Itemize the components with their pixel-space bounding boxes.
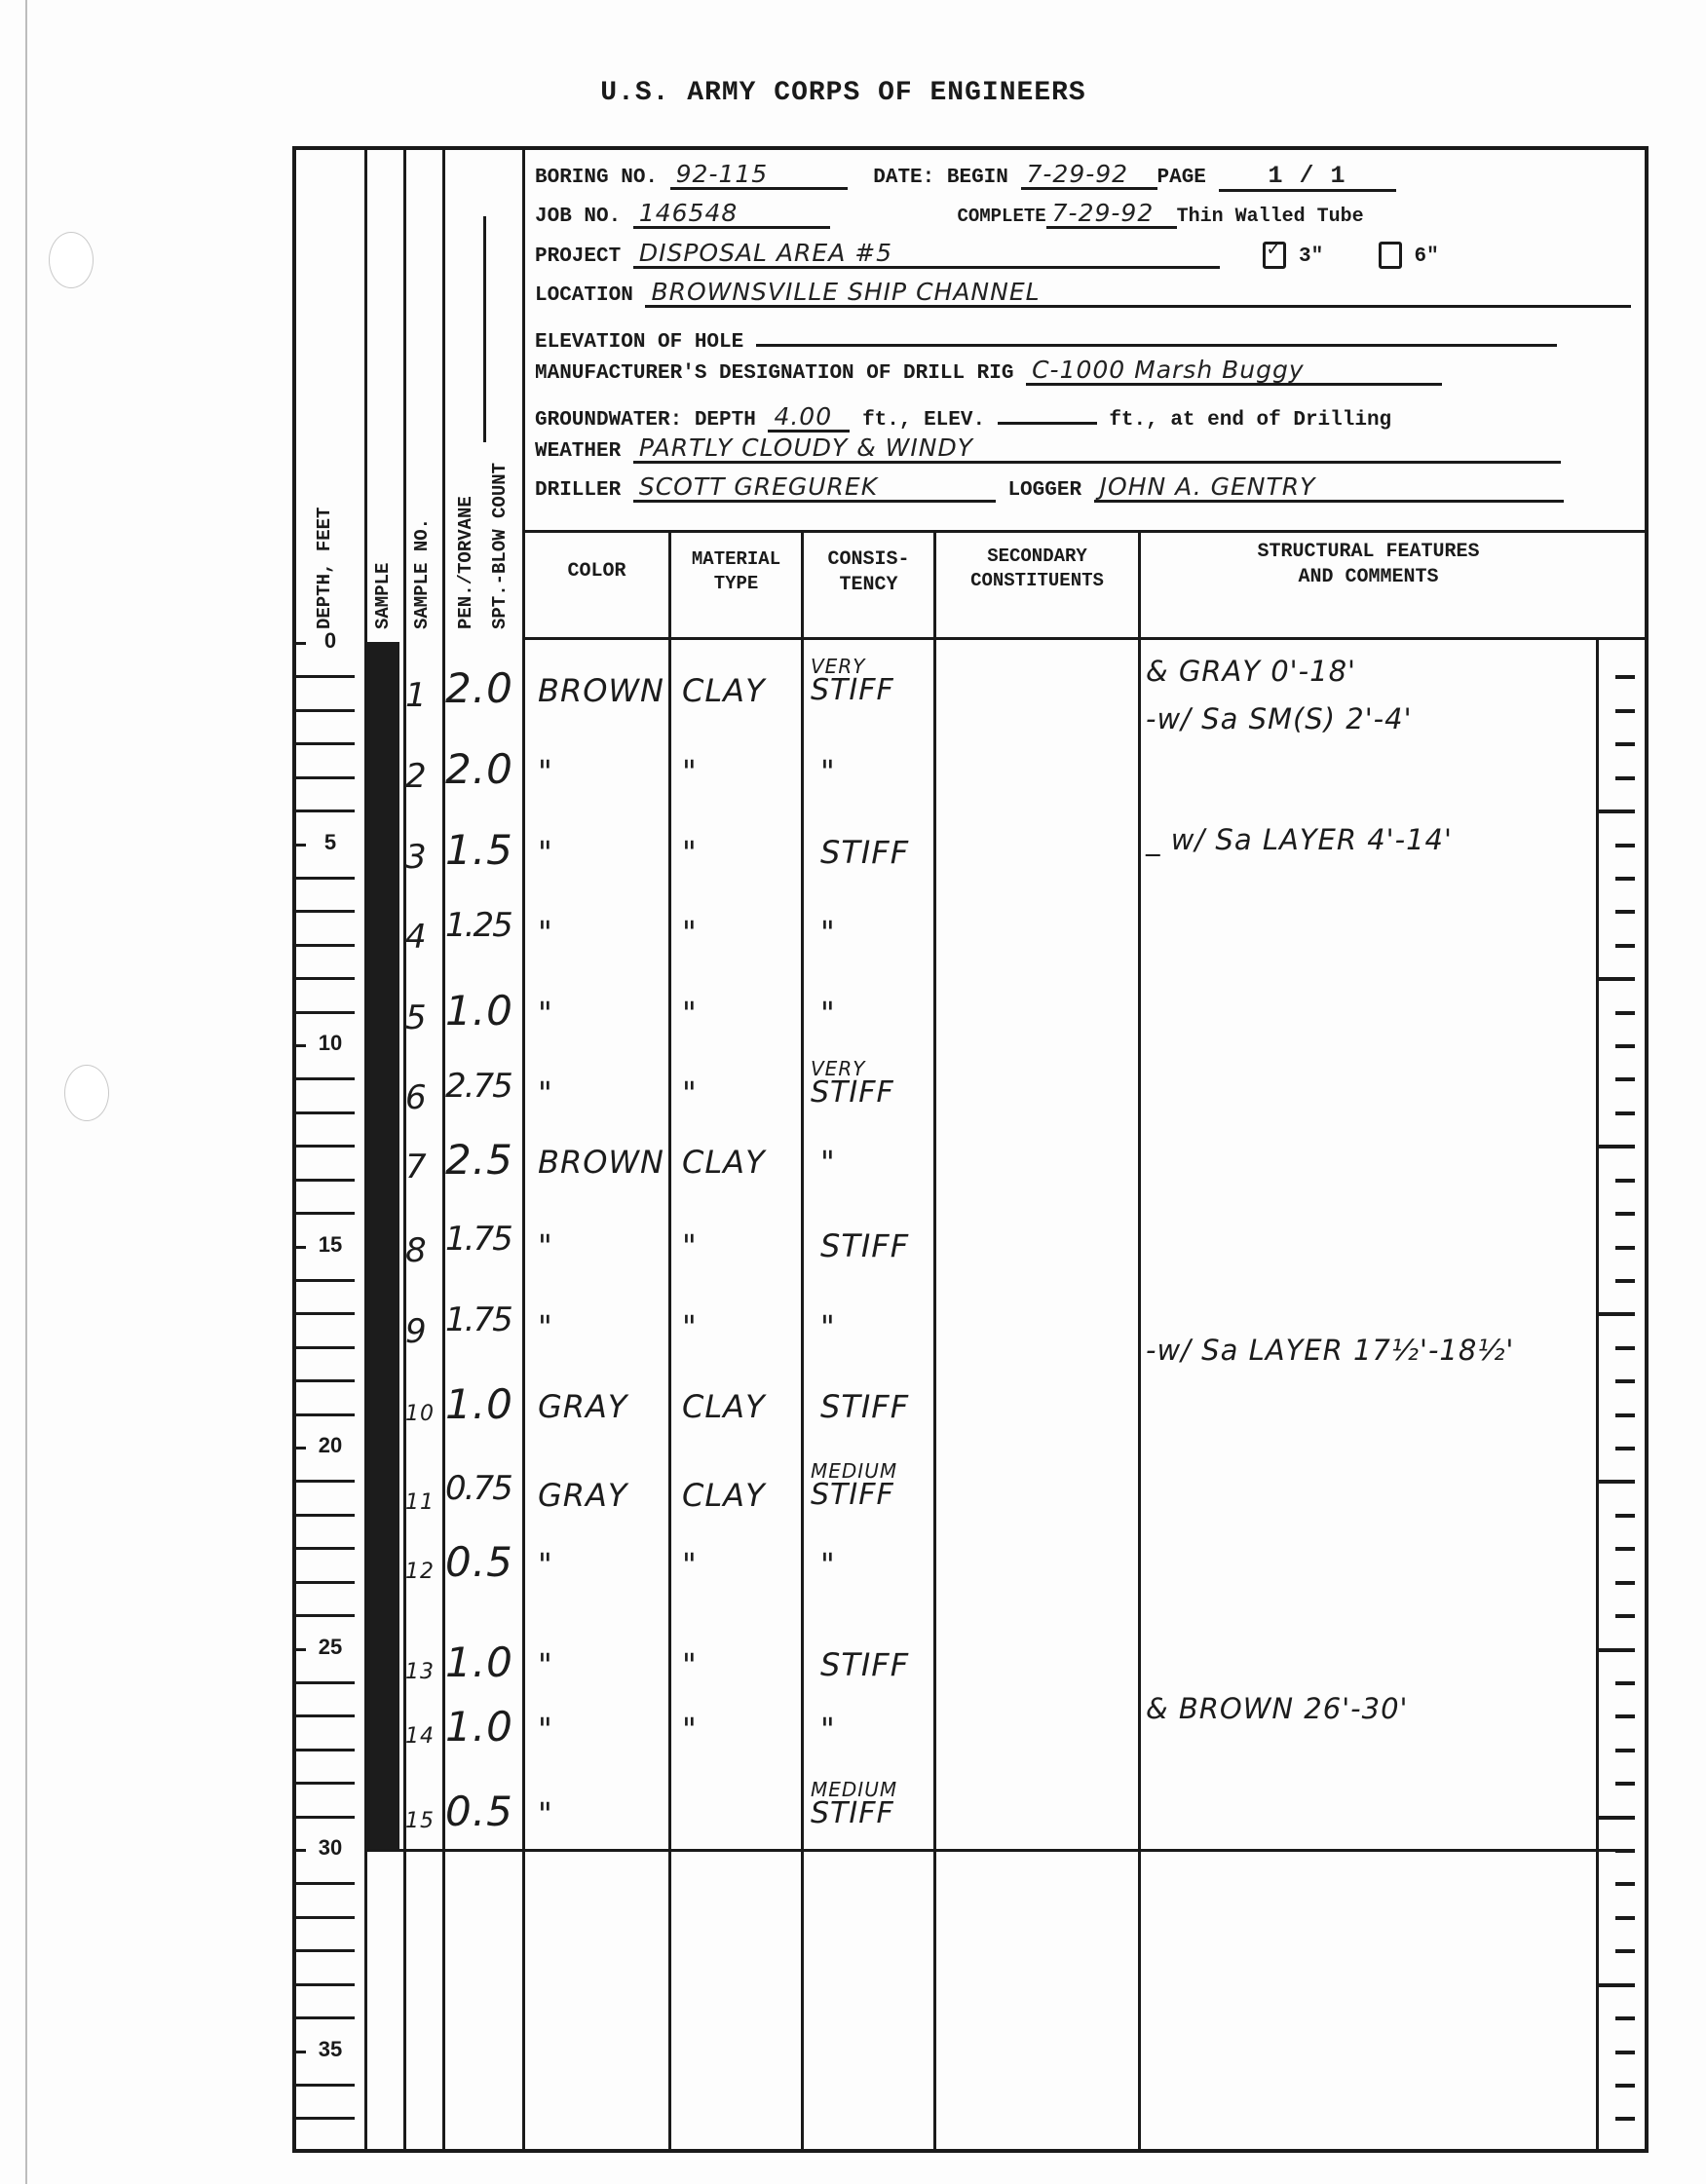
weather-field[interactable]: PARTLY CLOUDY & WINDY (633, 435, 1561, 464)
depth-tick (296, 1312, 355, 1315)
right-depth-tick (1615, 1714, 1635, 1718)
depth-tick (296, 1179, 355, 1182)
weather-row: WEATHER PARTLY CLOUDY & WINDY (535, 435, 1561, 464)
header-divider (522, 530, 1645, 533)
sample-number: 13 (405, 1660, 435, 1684)
sample-number: 9 (405, 1312, 428, 1351)
tube-3in-label: 3" (1299, 245, 1323, 268)
consistency-value: " (820, 1144, 836, 1181)
depth-tick (296, 977, 355, 980)
pen-torvane-value: 1.75 (445, 1220, 512, 1259)
end-of-drilling-label: ft., at end of Drilling (1109, 409, 1391, 432)
depth-tick (296, 2117, 355, 2120)
groundwater-depth-field[interactable]: 4.00 (768, 404, 850, 433)
sample-number: 11 (405, 1490, 435, 1515)
color-value: BROWN (538, 672, 664, 709)
right-depth-tick (1615, 1044, 1635, 1048)
depth-label: 20 (306, 1435, 355, 1456)
right-depth-tick (1615, 1749, 1635, 1752)
sample-number: 2 (405, 757, 428, 796)
depth-tick (296, 1816, 355, 1819)
material-type-value: " (682, 914, 698, 951)
tube-3in-option[interactable]: 3" (1263, 245, 1335, 268)
depth-tick (296, 2016, 355, 2019)
sample-number: 15 (405, 1809, 435, 1833)
consistency-value: " (820, 1308, 836, 1345)
secondary-header-line2: CONSTITUENTS (936, 569, 1138, 593)
right-depth-tick (1615, 944, 1635, 948)
sample-number: 5 (405, 998, 428, 1037)
pen-torvane-value: 1.0 (445, 987, 513, 1035)
groundwater-elev-field[interactable] (998, 396, 1097, 425)
depth-label: 0 (306, 630, 355, 652)
column-divider (801, 530, 804, 2149)
right-depth-tick (1615, 1212, 1635, 1216)
tube-6in-label: 6" (1414, 245, 1438, 268)
drill-rig-field[interactable]: C-1000 Marsh Buggy (1026, 358, 1442, 386)
project-label: PROJECT (535, 245, 621, 268)
punch-hole (64, 1065, 109, 1121)
groundwater-label: GROUNDWATER: DEPTH (535, 409, 756, 432)
scan-page-edge (25, 0, 27, 2184)
right-depth-tick (1615, 844, 1635, 847)
depth-label: 30 (306, 1837, 355, 1859)
right-depth-tick (1615, 1849, 1635, 1853)
depth-tick (296, 910, 355, 913)
sample-number: 7 (405, 1148, 428, 1186)
boring-no-field[interactable]: 92-115 (670, 162, 848, 190)
groundwater-row: GROUNDWATER: DEPTH 4.00 ft., ELEV. ft., … (535, 396, 1391, 433)
color-column-header: COLOR (525, 559, 668, 584)
material-type-value: " (682, 1646, 698, 1683)
structural-header-line1: STRUCTURAL FEATURES (1141, 540, 1596, 565)
right-depth-tick (1615, 1011, 1635, 1015)
right-depth-tick (1615, 1179, 1635, 1183)
material-header-line1: MATERIAL (671, 547, 801, 572)
fraction-divider (483, 216, 486, 442)
right-depth-tick (1615, 1246, 1635, 1250)
depth-tick (296, 742, 355, 745)
right-depth-tick (1596, 1312, 1635, 1316)
sample-number: 8 (405, 1231, 428, 1270)
right-depth-tick (1596, 1480, 1635, 1484)
driller-label: DRILLER (535, 479, 621, 502)
driller-row: DRILLER SCOTT GREGUREK LOGGER JOHN A. GE… (535, 474, 1564, 503)
color-value: " (538, 1546, 553, 1583)
right-depth-tick (1615, 1379, 1635, 1383)
pen-torvane-value: 2.0 (445, 664, 513, 712)
right-depth-tick (1596, 1648, 1635, 1652)
right-depth-tick (1615, 877, 1635, 881)
material-type-value: CLAY (682, 1144, 766, 1181)
logger-label: LOGGER (1007, 479, 1081, 502)
pen-torvane-value: 0.5 (445, 1538, 513, 1586)
location-field[interactable]: BROWNSVILLE SHIP CHANNEL (645, 280, 1631, 308)
right-depth-tick (1615, 776, 1635, 780)
consistency-value: STIFF (820, 834, 909, 871)
driller-field[interactable]: SCOTT GREGUREK (633, 474, 996, 503)
depth-tick (296, 1581, 355, 1584)
consistency-value: " (820, 995, 836, 1032)
job-no-label: JOB NO. (535, 206, 621, 228)
depth-tick (296, 1882, 355, 1885)
depth-column-label: DEPTH, FEET (314, 508, 335, 629)
sample-number: 6 (405, 1078, 428, 1117)
color-value: " (538, 995, 553, 1032)
document-title: U.S. ARMY CORPS OF ENGINEERS (0, 78, 1696, 108)
consistency-value: STIFF (820, 1646, 909, 1683)
elevation-label: ELEVATION OF HOLE (535, 331, 743, 354)
pen-torvane-value: 1.0 (445, 1638, 513, 1686)
end-of-boring-line (364, 1849, 1615, 1852)
depth-tick (296, 1614, 355, 1617)
depth-tick (296, 1111, 355, 1114)
color-value: GRAY (538, 1477, 627, 1514)
color-value: " (538, 1074, 553, 1111)
material-type-value: " (682, 834, 698, 871)
consistency-header-line2: TENCY (804, 573, 933, 598)
complete-label: COMPLETE (957, 206, 1045, 227)
right-depth-tick (1615, 1547, 1635, 1551)
depth-tick (296, 877, 355, 880)
column-header-divider (522, 637, 1645, 640)
project-field[interactable]: DISPOSAL AREA #5 (633, 241, 1220, 269)
depth-tick (296, 1514, 355, 1517)
right-depth-tick (1615, 2117, 1635, 2121)
thin-walled-tube-label: Thin Walled Tube (1177, 206, 1364, 228)
right-depth-tick (1596, 1983, 1635, 1987)
tube-3in-checkbox[interactable] (1263, 242, 1286, 269)
drill-rig-label: MANUFACTURER'S DESIGNATION OF DRILL RIG (535, 362, 1013, 385)
consistency-value: STIFF (820, 1388, 909, 1425)
sample-number: 10 (405, 1402, 435, 1426)
date-label: DATE: (873, 167, 934, 189)
comment-text: -w/ Sa LAYER 17½'-18½' (1146, 1334, 1514, 1367)
pen-torvane-value: 1.75 (445, 1300, 512, 1339)
right-depth-tick (1596, 1145, 1635, 1148)
sampled-interval-bar (366, 642, 399, 1849)
depth-label: 15 (306, 1234, 355, 1256)
consistency-column-header: CONSIS- TENCY (804, 547, 933, 598)
color-value: " (538, 1795, 553, 1832)
page-field[interactable]: 1 / 1 (1219, 164, 1396, 192)
right-depth-tick (1615, 1279, 1635, 1283)
location-row: LOCATION BROWNSVILLE SHIP CHANNEL (535, 280, 1631, 308)
consistency-value: MEDIUMSTIFF (811, 1461, 897, 1510)
right-depth-tick (1615, 1681, 1635, 1685)
right-depth-tick (1615, 2016, 1635, 2020)
tube-6in-checkbox[interactable] (1379, 242, 1402, 269)
color-value: " (538, 753, 553, 790)
consistency-value: " (820, 914, 836, 951)
sample-number: 4 (405, 918, 428, 957)
pen-torvane-value: 1.0 (445, 1703, 513, 1751)
color-value: GRAY (538, 1388, 627, 1425)
structural-header-line2: AND COMMENTS (1141, 565, 1596, 590)
boring-row: BORING NO. 92-115 DATE: BEGIN 7-29-92PAG… (535, 162, 1396, 192)
depth-tick (296, 776, 355, 779)
depth-label: 5 (306, 832, 355, 853)
depth-tick (296, 1480, 355, 1483)
tube-6in-option[interactable]: 6" (1379, 245, 1439, 268)
comment-text: _ w/ Sa LAYER 4'-14' (1146, 823, 1453, 856)
secondary-header-line1: SECONDARY (936, 545, 1138, 569)
begin-date-field[interactable]: 7-29-92 (1021, 162, 1157, 190)
sample-number: 3 (405, 838, 428, 877)
depth-tick (296, 709, 355, 712)
color-value: " (538, 1646, 553, 1683)
material-type-value: " (682, 753, 698, 790)
depth-tick (296, 1916, 355, 1919)
color-value: " (538, 1711, 553, 1748)
depth-tick (296, 1714, 355, 1717)
pen-torvane-value: 1.5 (445, 826, 513, 874)
consistency-header-line1: CONSIS- (804, 547, 933, 573)
pen-torvane-value: 2.0 (445, 745, 513, 793)
right-depth-tick (1615, 1077, 1635, 1081)
depth-label: 10 (306, 1033, 355, 1054)
sample-number: 1 (405, 676, 428, 715)
right-depth-tick (1615, 1581, 1635, 1585)
right-depth-tick (1615, 1882, 1635, 1886)
ft-elev-label: ft., ELEV. (862, 409, 985, 432)
pen-torvane-column-label: PEN./TORVANE (455, 496, 476, 629)
depth-tick (296, 944, 355, 947)
right-depth-tick (1615, 1447, 1635, 1450)
material-type-column-header: MATERIAL TYPE (671, 547, 801, 595)
right-depth-tick (1615, 1782, 1635, 1786)
spt-blow-count-column-label: SPT.-BLOW COUNT (489, 463, 511, 629)
material-type-value: " (682, 1711, 698, 1748)
column-divider (933, 530, 936, 2149)
page-label: PAGE (1157, 167, 1206, 189)
pen-torvane-value: 2.5 (445, 1136, 513, 1184)
material-type-value: " (682, 995, 698, 1032)
right-depth-tick (1615, 910, 1635, 914)
pen-torvane-value: 0.75 (445, 1469, 512, 1508)
right-depth-tick (1615, 742, 1635, 746)
material-type-value: CLAY (682, 1388, 766, 1425)
material-type-value: CLAY (682, 672, 766, 709)
complete-date-field[interactable]: 7-29-92 (1046, 201, 1177, 229)
location-label: LOCATION (535, 284, 633, 307)
elevation-row: ELEVATION OF HOLE (535, 319, 1557, 354)
depth-tick (296, 1279, 355, 1282)
depth-tick (296, 1346, 355, 1349)
right-depth-tick (1615, 1949, 1635, 1953)
depth-tick (296, 1413, 355, 1416)
color-value: BROWN (538, 1144, 664, 1181)
consistency-value: " (820, 1711, 836, 1748)
depth-tick (296, 675, 355, 678)
right-depth-tick (1615, 1916, 1635, 1920)
boring-no-label: BORING NO. (535, 167, 658, 189)
material-type-value: " (682, 1227, 698, 1264)
consistency-value: " (820, 753, 836, 790)
structural-features-column-header: STRUCTURAL FEATURES AND COMMENTS (1141, 540, 1596, 590)
punch-hole (49, 232, 94, 288)
right-depth-tick (1615, 1111, 1635, 1115)
elevation-field[interactable] (756, 319, 1557, 347)
secondary-constituents-column-header: SECONDARY CONSTITUENTS (936, 545, 1138, 592)
depth-tick (296, 1379, 355, 1382)
depth-tick (296, 1681, 355, 1684)
material-type-value: " (682, 1546, 698, 1583)
depth-label: 25 (306, 1637, 355, 1658)
color-header-text: COLOR (525, 559, 668, 584)
drill-rig-row: MANUFACTURER'S DESIGNATION OF DRILL RIG … (535, 358, 1442, 386)
weather-label: WEATHER (535, 440, 621, 463)
consistency-value: VERYSTIFF (811, 1059, 894, 1108)
consistency-value: VERYSTIFF (811, 657, 894, 705)
consistency-value: " (820, 1546, 836, 1583)
right-depth-tick (1615, 1413, 1635, 1417)
right-depth-tick (1596, 810, 1635, 813)
right-depth-tick (1596, 977, 1635, 981)
pen-torvane-value: 1.0 (445, 1380, 513, 1428)
sample-no-column-label: SAMPLE NO. (411, 518, 433, 629)
comment-text: -w/ Sa SM(S) 2'-4' (1146, 702, 1413, 735)
depth-tick (296, 1749, 355, 1751)
comment-text: & BROWN 26'-30' (1146, 1692, 1409, 1725)
depth-tick (296, 1145, 355, 1148)
pen-torvane-value: 2.75 (445, 1067, 512, 1106)
material-header-line2: TYPE (671, 572, 801, 596)
depth-tick (296, 1011, 355, 1014)
material-type-value: CLAY (682, 1477, 766, 1514)
sample-number: 12 (405, 1560, 435, 1584)
depth-tick (296, 2084, 355, 2087)
depth-label: 35 (306, 2039, 355, 2060)
depth-tick (296, 810, 355, 812)
color-value: " (538, 914, 553, 951)
sample-number: 14 (405, 1724, 435, 1749)
right-depth-tick (1615, 2051, 1635, 2054)
comment-text: & GRAY 0'-18' (1146, 655, 1356, 688)
begin-label: BEGIN (947, 167, 1008, 189)
boring-log-form: DEPTH, FEET SAMPLE SAMPLE NO. PEN./TORVA… (292, 146, 1649, 2153)
logger-field[interactable]: JOHN A. GENTRY (1094, 474, 1564, 503)
depth-tick (296, 1077, 355, 1080)
color-value: " (538, 834, 553, 871)
depth-tick (296, 1212, 355, 1215)
depth-tick (296, 1782, 355, 1785)
material-type-value: " (682, 1308, 698, 1345)
right-depth-tick (1615, 675, 1635, 679)
material-type-value: " (682, 1074, 698, 1111)
right-depth-tick (1615, 1614, 1635, 1618)
column-divider (1138, 530, 1141, 2149)
consistency-value: MEDIUMSTIFF (811, 1780, 897, 1828)
depth-tick (296, 1983, 355, 1986)
sample-column-label: SAMPLE (372, 563, 394, 629)
right-depth-tick (1615, 1514, 1635, 1518)
right-depth-tick (1596, 1816, 1635, 1820)
project-row: PROJECT DISPOSAL AREA #5 3" 6" (535, 241, 1439, 269)
consistency-value: STIFF (820, 1227, 909, 1264)
color-value: " (538, 1308, 553, 1345)
color-value: " (538, 1227, 553, 1264)
depth-tick (296, 1547, 355, 1550)
column-divider (668, 530, 671, 2149)
job-row: JOB NO. 146548 COMPLETE7-29-92Thin Walle… (535, 201, 1364, 229)
pen-torvane-value: 0.5 (445, 1788, 513, 1835)
pen-torvane-value: 1.25 (445, 906, 512, 945)
column-divider (1596, 637, 1599, 2149)
depth-tick (296, 1949, 355, 1952)
right-depth-tick (1615, 1346, 1635, 1350)
right-depth-tick (1615, 2084, 1635, 2088)
right-depth-tick (1615, 709, 1635, 713)
job-no-field[interactable]: 146548 (633, 201, 830, 229)
